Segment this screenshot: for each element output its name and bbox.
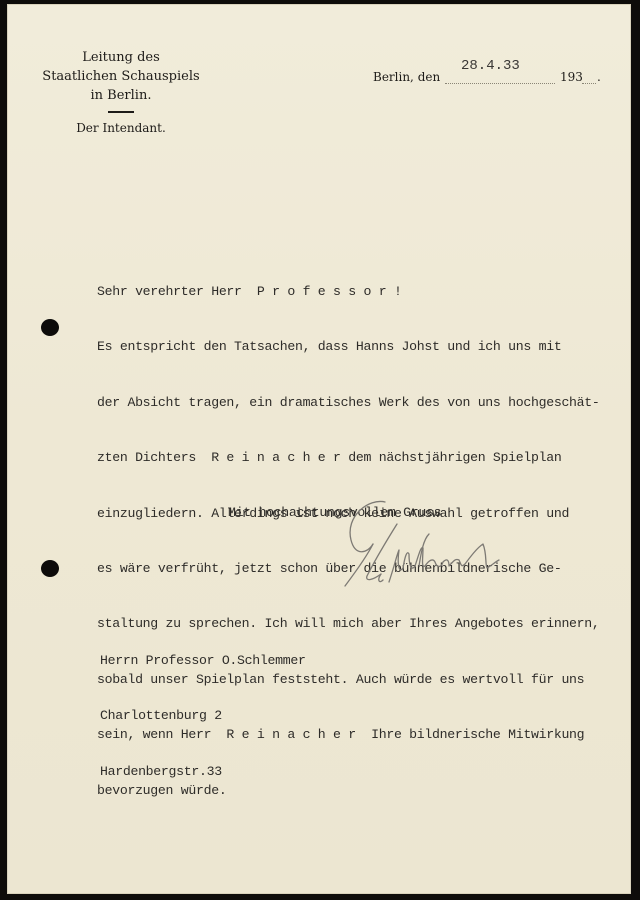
year-blank-line (582, 83, 596, 84)
dateline: Berlin, den 28.4.33 193 . (373, 64, 623, 88)
body-line: zten Dichters R e i n a c h e r dem näch… (97, 445, 600, 470)
typed-date: 28.4.33 (461, 58, 520, 74)
date-blank-line (445, 83, 555, 84)
letterhead-line: in Berlin. (41, 86, 201, 105)
signature-icon (337, 494, 507, 594)
dateline-year-prefix: 193 (560, 70, 583, 84)
salutation: Sehr verehrter Herr P r o f e s s o r ! (97, 279, 600, 304)
address-line: Hardenbergstr.33 (100, 759, 306, 784)
recipient-address: Herrn Professor O.Schlemmer Charlottenbu… (100, 618, 306, 814)
punch-hole (41, 319, 59, 336)
body-line: Es entspricht den Tatsachen, dass Hanns … (97, 334, 600, 359)
letter-page: Leitung des Staatlichen Schauspiels in B… (7, 4, 631, 894)
address-line: Herrn Professor O.Schlemmer (100, 648, 306, 673)
dateline-period: . (597, 70, 601, 84)
letterhead-line: Leitung des (41, 48, 201, 67)
address-line: Charlottenburg 2 (100, 703, 306, 728)
letterhead-line: Staatlichen Schauspiels (41, 67, 201, 86)
dateline-place: Berlin, den (373, 70, 440, 84)
letterhead-department: Der Intendant. (41, 119, 201, 138)
letterhead: Leitung des Staatlichen Schauspiels in B… (41, 48, 201, 138)
letterhead-divider (108, 111, 134, 113)
body-line: der Absicht tragen, ein dramatisches Wer… (97, 390, 600, 415)
punch-hole (41, 560, 59, 577)
